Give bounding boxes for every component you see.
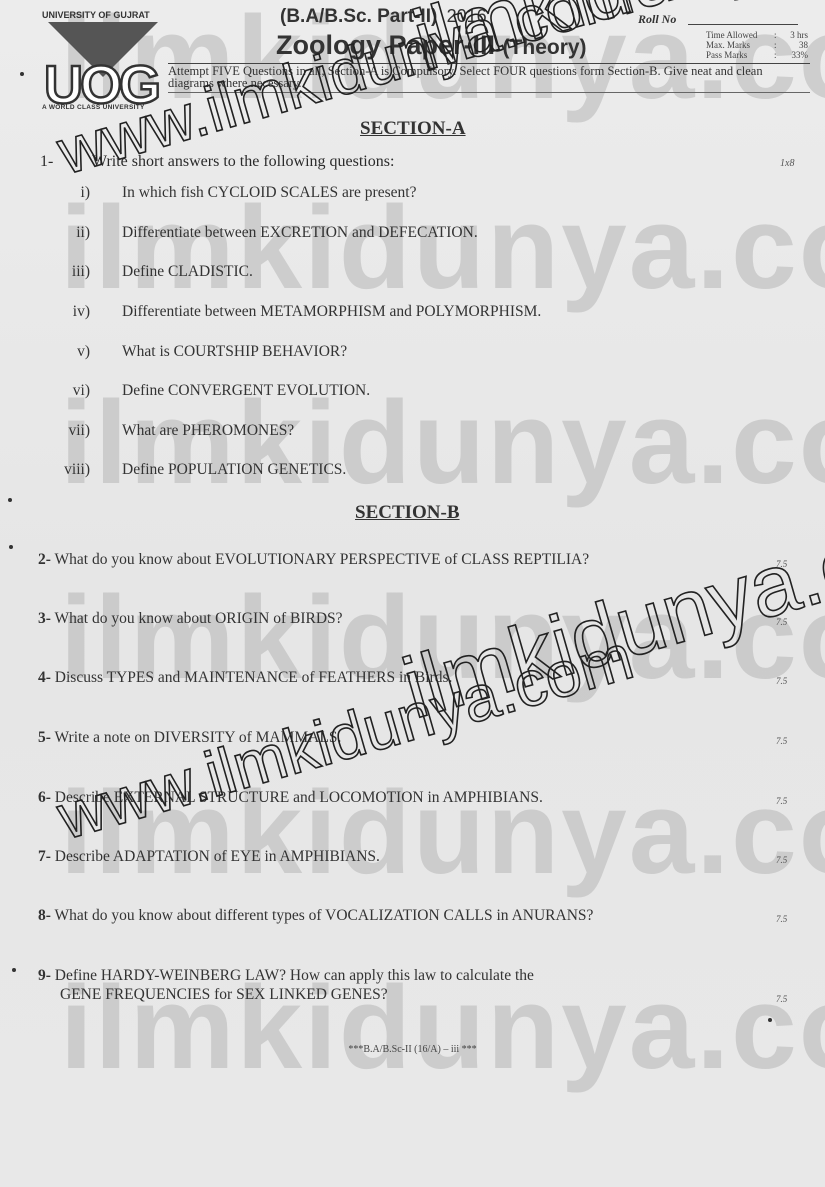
exam-class: (B.A/B.Sc. Part-II) 2016 [280,6,487,28]
university-name: UNIVERSITY OF GUJRAT [42,10,150,20]
roll-no-line [688,24,798,25]
watermark-faded: ilmkidunya.com [60,765,825,901]
long-question: 6- Describe EXTERNAL STRUCTURE and LOCOM… [38,789,543,807]
question-marks: 7.5 [776,676,787,686]
scan-speck [768,1018,772,1022]
paper-title: Zoology Paper-III (Theory) [276,30,587,61]
paper-title-main: Zoology Paper-III [276,30,495,60]
question-marks: 7.5 [776,559,787,569]
exam-level: (B.A/B.Sc. Part-II) [280,6,437,27]
long-question: 7- Describe ADAPTATION of EYE in AMPHIBI… [38,848,380,866]
question-marks: 7.5 [776,617,787,627]
question-text: Write short answers to the following que… [92,153,394,171]
paper-title-suffix: (Theory) [503,36,587,59]
info-row: Time Allowed:3 hrs [706,30,808,40]
scan-speck [9,545,13,549]
question-marks: 7.5 [776,796,787,806]
question-marks: 7.5 [776,914,787,924]
scan-speck [8,498,12,502]
long-question: 2- What do you know about EVOLUTIONARY P… [38,551,589,569]
long-question: 3- What do you know about ORIGIN of BIRD… [38,610,343,628]
long-question-continued: GENE FREQUENCIES for SEX LINKED GENES? [60,986,388,1004]
question-number: 1- [40,153,53,171]
roll-no-label: Roll No [638,12,676,27]
header-divider [168,92,810,93]
section-a-heading: SECTION-A [360,118,466,140]
instructions: Attempt FIVE Questions in all, Section-A… [168,65,808,89]
info-row: Max. Marks:38 [706,40,808,50]
long-question: 8- What do you know about different type… [38,907,593,925]
info-row: Pass Marks:33% [706,50,808,60]
long-question: 5- Write a note on DIVERSITY of MAMMALS. [38,729,341,747]
question-marks: 7.5 [776,855,787,865]
exam-info: Time Allowed:3 hrs Max. Marks:38 Pass Ma… [706,30,808,60]
long-question: 4- Discuss TYPES and MAINTENANCE of FEAT… [38,669,452,687]
scan-speck [20,72,24,76]
long-question: 9- Define HARDY-WEINBERG LAW? How can ap… [38,967,534,985]
question-marks: 1x8 [780,158,794,169]
exam-year: 2016 [447,6,487,26]
question-marks: 7.5 [776,994,787,1004]
scan-speck [12,968,16,972]
university-tagline: A WORLD CLASS UNIVERSITY [42,104,145,111]
paper-footer: ***B.A/B.Sc-II (16/A) – iii *** [0,1044,825,1055]
section-b-heading: SECTION-B [355,502,460,524]
question-marks: 7.5 [776,736,787,746]
exam-paper-page: ilmkidunya.com ilmkidunya.com ilmkidunya… [0,0,825,1187]
